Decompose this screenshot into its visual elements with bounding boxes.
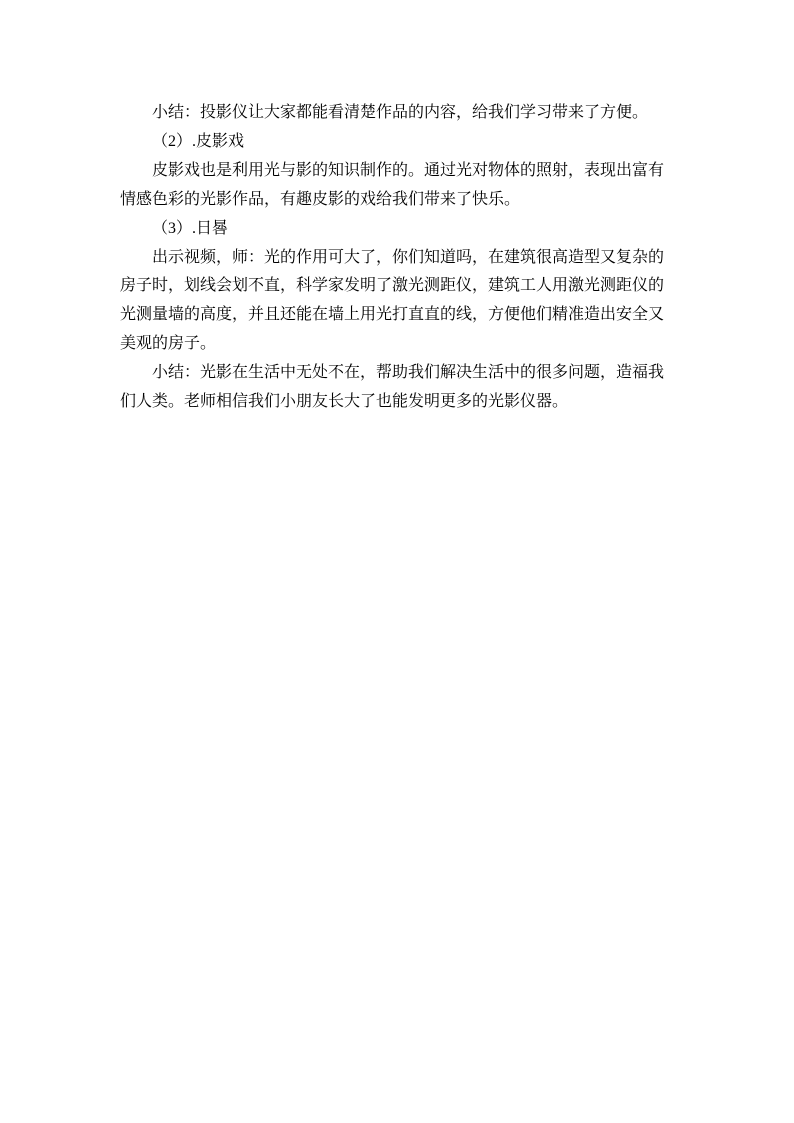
document-page: 小结：投影仪让大家都能看清楚作品的内容，给我们学习带来了方便。 （2）.皮影戏 … <box>0 0 794 1123</box>
paragraph-summary-projector: 小结：投影仪让大家都能看清楚作品的内容，给我们学习带来了方便。 <box>120 99 664 128</box>
paragraph-shadow-play: 皮影戏也是利用光与影的知识制作的。通过光对物体的照射，表现出富有情感色彩的光影作… <box>120 157 664 215</box>
heading-shadow-play: （2）.皮影戏 <box>120 128 664 157</box>
paragraph-laser-rangefinder: 出示视频，师：光的作用可大了，你们知道吗，在建筑很高造型又复杂的房子时，划线会划… <box>120 244 664 360</box>
paragraph-summary-light-shadow: 小结：光影在生活中无处不在，帮助我们解决生活中的很多问题，造福我们人类。老师相信… <box>120 359 664 417</box>
document-text-block: 小结：投影仪让大家都能看清楚作品的内容，给我们学习带来了方便。 （2）.皮影戏 … <box>120 99 664 417</box>
heading-sundial: （3）.日晷 <box>120 215 664 244</box>
